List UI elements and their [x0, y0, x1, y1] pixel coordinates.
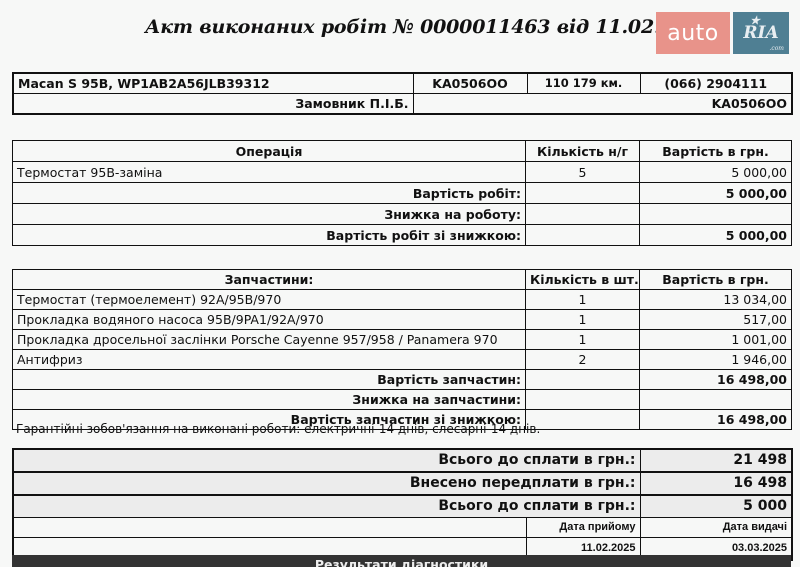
- logo-ria: ★ RIA .com: [733, 12, 789, 54]
- prepaid-value: 16 498: [640, 472, 792, 495]
- operations-header-name: Операція: [13, 141, 526, 162]
- operations-total-label: Вартість робіт:: [13, 183, 526, 204]
- vehicle-info-table: Macan S 95B, WP1AB2A56JLB39312 KA0506OO …: [12, 72, 793, 115]
- operation-cost: 5 000,00: [640, 162, 792, 183]
- operations-discount-label: Знижка на роботу:: [13, 204, 526, 225]
- total-label: Всього до сплати в грн.:: [13, 449, 640, 472]
- document-title: Акт виконаних робіт № 0000011463 від 11.…: [145, 16, 712, 38]
- operations-header-row: Операція Кількість н/г Вартість в грн.: [13, 141, 792, 162]
- date-received-label: Дата прийому: [526, 518, 640, 538]
- part-name: Термостат (термоелемент) 92A/95B/970: [13, 290, 526, 310]
- empty-cell: [526, 390, 640, 410]
- due-label: Всього до сплати в грн.:: [13, 495, 640, 518]
- warranty-note: Гарантійні зобов'язання на виконані робо…: [16, 422, 540, 436]
- logo-auto: auto: [656, 12, 730, 54]
- empty-cell: [526, 225, 640, 246]
- prepaid-label: Внесено передплати в грн.:: [13, 472, 640, 495]
- parts-discount-label: Знижка на запчастини:: [13, 390, 526, 410]
- part-cost: 1 001,00: [640, 330, 792, 350]
- operations-table: Операція Кількість н/г Вартість в грн. Т…: [12, 140, 792, 246]
- part-name: Прокладка водяного насоса 95B/9PA1/92A/9…: [13, 310, 526, 330]
- table-row: Термостат 95B-заміна 5 5 000,00: [13, 162, 792, 183]
- parts-header-row: Запчастини: Кількість в шт. Вартість в г…: [13, 270, 792, 290]
- totals-table: Всього до сплати в грн.: 21 498 Внесено …: [12, 448, 793, 561]
- date-issued-label: Дата видачі: [640, 518, 792, 538]
- operations-header-cost: Вартість в грн.: [640, 141, 792, 162]
- table-row: Прокладка водяного насоса 95B/9PA1/92A/9…: [13, 310, 792, 330]
- customer-value: KA0506OO: [413, 94, 792, 115]
- parts-total-value: 16 498,00: [640, 370, 792, 390]
- operations-discounted-value: 5 000,00: [640, 225, 792, 246]
- parts-discount-value: [640, 390, 792, 410]
- table-row: Прокладка дросельної заслінки Porsche Ca…: [13, 330, 792, 350]
- operations-header-qty: Кількість н/г: [526, 141, 640, 162]
- vehicle-plate: KA0506OO: [413, 73, 527, 94]
- parts-discounted-value: 16 498,00: [640, 410, 792, 430]
- operation-qty: 5: [526, 162, 640, 183]
- part-qty: 2: [526, 350, 640, 370]
- operations-discounted-label: Вартість робіт зі знижкою:: [13, 225, 526, 246]
- logo-com-text: .com: [769, 45, 784, 52]
- part-qty: 1: [526, 330, 640, 350]
- operation-name: Термостат 95B-заміна: [13, 162, 526, 183]
- parts-table: Запчастини: Кількість в шт. Вартість в г…: [12, 269, 792, 430]
- parts-header-qty: Кількість в шт.: [526, 270, 640, 290]
- part-cost: 1 946,00: [640, 350, 792, 370]
- star-icon: ★: [750, 14, 760, 27]
- operations-total-value: 5 000,00: [640, 183, 792, 204]
- part-qty: 1: [526, 310, 640, 330]
- part-qty: 1: [526, 290, 640, 310]
- empty-cell: [526, 204, 640, 225]
- parts-total-label: Вартість запчастин:: [13, 370, 526, 390]
- part-cost: 13 034,00: [640, 290, 792, 310]
- part-name: Прокладка дросельної заслінки Porsche Ca…: [13, 330, 526, 350]
- due-value: 5 000: [640, 495, 792, 518]
- logo-ria-text: RIA: [743, 23, 778, 43]
- diagnostics-header: Результати діагностики: [12, 555, 791, 567]
- empty-cell: [13, 518, 526, 538]
- vehicle-model-vin: Macan S 95B, WP1AB2A56JLB39312: [13, 73, 413, 94]
- empty-cell: [526, 370, 640, 390]
- part-cost: 517,00: [640, 310, 792, 330]
- empty-cell: [526, 410, 640, 430]
- operations-discount-value: [640, 204, 792, 225]
- part-name: Антифриз: [13, 350, 526, 370]
- total-value: 21 498: [640, 449, 792, 472]
- parts-header-cost: Вартість в грн.: [640, 270, 792, 290]
- table-row: Антифриз 2 1 946,00: [13, 350, 792, 370]
- customer-label: Замовник П.І.Б.: [13, 94, 413, 115]
- vehicle-mileage: 110 179 км.: [527, 73, 640, 94]
- autoria-logo: auto ★ RIA .com: [656, 12, 789, 54]
- empty-cell: [526, 183, 640, 204]
- parts-header-name: Запчастини:: [13, 270, 526, 290]
- table-row: Термостат (термоелемент) 92A/95B/970 1 1…: [13, 290, 792, 310]
- customer-phone: (066) 2904111: [640, 73, 792, 94]
